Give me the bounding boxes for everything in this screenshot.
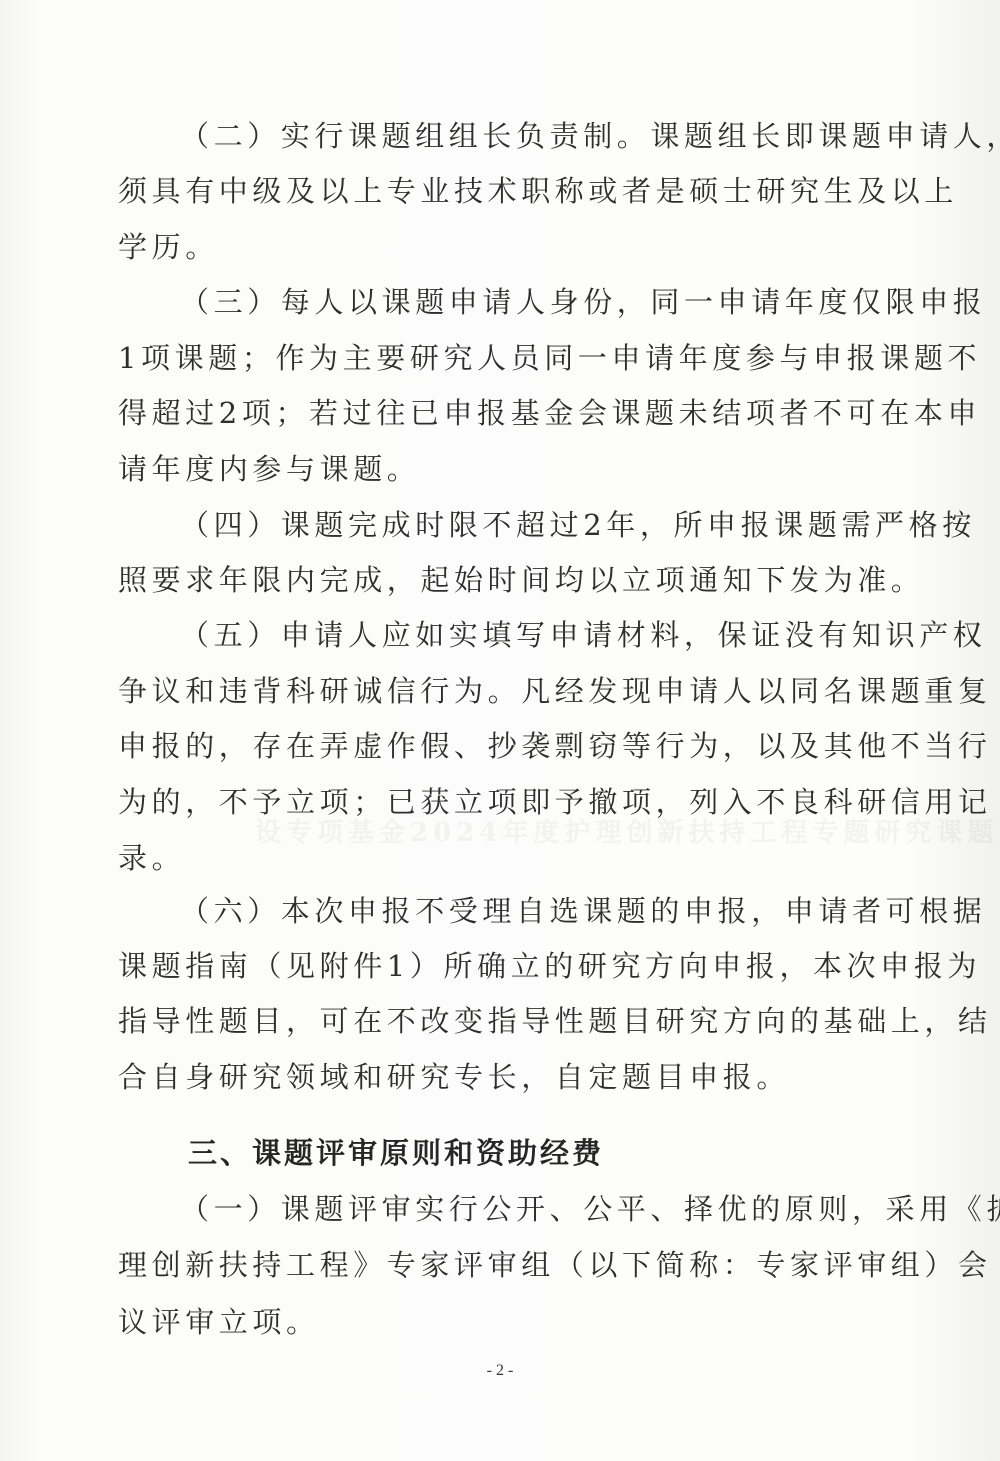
paragraph-item-6-line-4: 合自身研究领域和研究专长，自定题目申报。 — [118, 1059, 790, 1095]
paragraph-item-5-line-5: 录。 — [118, 840, 185, 876]
paragraph-review-1-line-3: 议评审立项。 — [118, 1304, 320, 1340]
paragraph-review-1-line-2: 理创新扶持工程》专家评审组（以下简称：专家评审组）会 — [118, 1247, 992, 1283]
paragraph-item-3-line-3: 得超过2项；若过往已申报基金会课题未结项者不可在本申 — [118, 395, 981, 431]
paragraph-item-2-line-2: 须具有中级及以上专业技术职称或者是硕士研究生及以上 — [118, 173, 958, 209]
paragraph-item-4-line-1: （四）课题完成时限不超过2年，所申报课题需严格按 — [180, 507, 976, 543]
paragraph-review-1-line-1: （一）课题评审实行公开、公平、择优的原则，采用《护 — [180, 1191, 1000, 1227]
paragraph-item-6-line-1: （六）本次申报不受理自选课题的申报，申请者可根据 — [180, 893, 986, 929]
paragraph-item-2-line-1: （二）实行课题组组长负责制。课题组长即课题申请人， — [180, 118, 1000, 154]
document-page: 设专项基金2024年度护理创新扶持工程专题研究课题 （二）实行课题组组长负责制。… — [0, 0, 1000, 1461]
paragraph-item-3-line-2: 1项课题；作为主要研究人员同一申请年度参与申报课题不 — [118, 340, 981, 376]
paragraph-item-4-line-2: 照要求年限内完成，起始时间均以立项通知下发为准。 — [118, 562, 924, 598]
paragraph-item-6-line-2: 课题指南（见附件1）所确立的研究方向申报，本次申报为 — [118, 948, 981, 984]
page-number: - 2 - — [0, 1362, 1000, 1380]
paragraph-item-6-line-3: 指导性题目，可在不改变指导性题目研究方向的基础上，结 — [118, 1003, 992, 1039]
section-heading: 三、课题评审原则和资助经费 — [188, 1135, 604, 1171]
paragraph-item-3-line-4: 请年度内参与课题。 — [118, 451, 420, 487]
paragraph-item-2-line-3: 学历。 — [118, 229, 219, 265]
paragraph-item-5-line-2: 争议和违背科研诚信行为。凡经发现申请人以同名课题重复 — [118, 673, 992, 709]
paragraph-item-5-line-1: （五）申请人应如实填写申请材料，保证没有知识产权 — [180, 617, 986, 653]
paragraph-item-5-line-3: 申报的，存在弄虚作假、抄袭剽窃等行为，以及其他不当行 — [118, 728, 992, 764]
paragraph-item-5-line-4: 为的，不予立项；已获立项即予撤项，列入不良科研信用记 — [118, 784, 992, 820]
paragraph-item-3-line-1: （三）每人以课题申请人身份，同一申请年度仅限申报 — [180, 284, 986, 320]
